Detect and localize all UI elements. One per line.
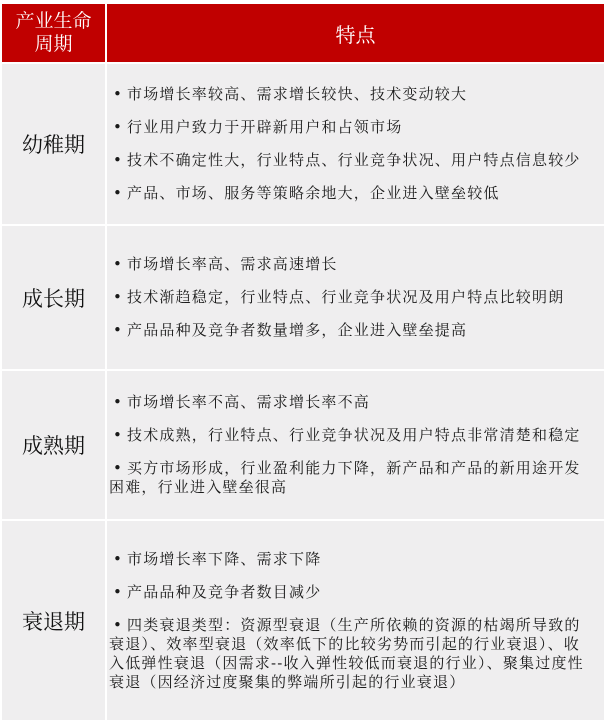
- features-cell-decline: •市场增长率下降、需求下降 •产品品种及竞争者数目减少 •四类衰退类型：资源型衰…: [107, 521, 604, 720]
- list-item: •市场增长率不高、需求增长率不高: [109, 393, 596, 412]
- bullet-icon: •: [109, 426, 127, 445]
- list-item: •产品品种及竞争者数目减少: [109, 583, 596, 602]
- header-stage-cell: 产业生命 周期: [2, 4, 105, 62]
- header-stage-label-line2: 周期: [15, 33, 91, 56]
- list-item: •市场增长率下降、需求下降: [109, 550, 596, 569]
- stage-label: 成熟期: [22, 430, 85, 460]
- features-cell-infancy: •市场增长率较高、需求增长较快、技术变动较大 •行业用户致力于开辟新用户和占领市…: [107, 64, 604, 224]
- list-item: •技术成熟，行业特点、行业竞争状况及用户特点非常清楚和稳定: [109, 426, 596, 445]
- features-cell-growth: •市场增长率高、需求高速增长 •技术渐趋稳定，行业特点、行业竞争状况及用户特点比…: [107, 226, 604, 369]
- stage-cell-growth: 成长期: [2, 226, 105, 369]
- list-item: •技术渐趋稳定，行业特点、行业竞争状况及用户特点比较明朗: [109, 288, 596, 307]
- bullet-icon: •: [109, 583, 127, 602]
- stage-label: 幼稚期: [22, 129, 85, 159]
- industry-lifecycle-table: 产业生命 周期 特点 幼稚期 •市场增长率较高、需求增长较快、技术变动较大 •行…: [2, 4, 602, 719]
- bullet-icon: •: [109, 118, 127, 137]
- stage-cell-decline: 衰退期: [2, 521, 105, 720]
- stage-label: 成长期: [22, 283, 85, 313]
- header-stage-label-line1: 产业生命: [15, 10, 91, 33]
- list-item: •四类衰退类型：资源型衰退（生产所依赖的资源的枯竭所导致的衰退）、效率型衰退（效…: [109, 616, 596, 692]
- list-item: •技术不确定性大，行业特点、行业竞争状况、用户特点信息较少: [109, 151, 596, 170]
- list-item: •市场增长率较高、需求增长较快、技术变动较大: [109, 85, 596, 104]
- bullet-icon: •: [109, 550, 127, 569]
- stage-cell-infancy: 幼稚期: [2, 64, 105, 224]
- bullet-icon: •: [109, 85, 127, 104]
- list-item: •产品品种及竞争者数量增多，企业进入壁垒提高: [109, 321, 596, 340]
- bullet-icon: •: [109, 184, 127, 203]
- bullet-icon: •: [109, 459, 127, 478]
- bullet-icon: •: [109, 255, 127, 274]
- bullet-icon: •: [109, 616, 127, 635]
- list-item: •市场增长率高、需求高速增长: [109, 255, 596, 274]
- bullet-icon: •: [109, 321, 127, 340]
- list-item: •产品、市场、服务等策略余地大，企业进入壁垒较低: [109, 184, 596, 203]
- bullet-icon: •: [109, 151, 127, 170]
- bullet-icon: •: [109, 288, 127, 307]
- features-cell-maturity: •市场增长率不高、需求增长率不高 •技术成熟，行业特点、行业竞争状况及用户特点非…: [107, 371, 604, 519]
- header-features-cell: 特点: [107, 4, 604, 62]
- header-features-label: 特点: [336, 19, 376, 48]
- list-item: •买方市场形成，行业盈利能力下降，新产品和产品的新用途开发困难，行业进入壁垒很高: [109, 459, 596, 497]
- bullet-icon: •: [109, 393, 127, 412]
- stage-cell-maturity: 成熟期: [2, 371, 105, 519]
- stage-label: 衰退期: [22, 606, 85, 636]
- list-item: •行业用户致力于开辟新用户和占领市场: [109, 118, 596, 137]
